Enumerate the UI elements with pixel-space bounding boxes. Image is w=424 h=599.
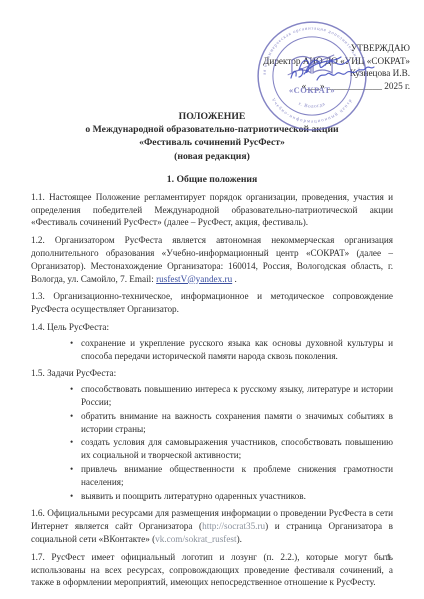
paragraph-1-4: 1.4. Цель РусФеста:	[31, 321, 393, 334]
paragraph-1-1: 1.1. Настоящее Положение регламентирует …	[31, 191, 393, 229]
stamp-inner-circle	[273, 37, 351, 115]
stamp-outer-circle	[258, 22, 366, 130]
tasks-list-item: привлечь внимание общественности к пробл…	[81, 463, 393, 489]
stamp-ring-text-bottom: Учебно-информационный центр	[271, 97, 353, 123]
email-link[interactable]: rusfestV@yandex.ru	[156, 274, 232, 284]
stamp-city-text: г. Вологда	[298, 101, 327, 110]
tasks-list-item: обратить внимание на важность сохранения…	[81, 410, 393, 436]
goal-list-item: сохранение и укрепление русского языка к…	[81, 337, 393, 363]
stamp-center-text: «СОКРАТ»	[289, 85, 335, 95]
page-number: 1	[387, 552, 392, 562]
paragraph-1-2-tail: .	[232, 274, 237, 284]
title-line-3: «Фестиваль сочинений РусФест»	[31, 136, 393, 149]
paragraph-1-5: 1.5. Задачи РусФеста:	[31, 367, 393, 380]
site-link[interactable]: http://socrat35.ru	[202, 521, 265, 531]
tasks-list-item: создать условия для самовыражения участн…	[81, 436, 393, 462]
paragraph-1-6-text-c: ).	[237, 534, 242, 544]
section-1-heading: 1. Общие положения	[31, 173, 393, 186]
paragraph-1-7: 1.7. РусФест имеет официальный логотип и…	[31, 551, 393, 589]
title-line-4: (новая редакция)	[31, 150, 393, 163]
paragraph-1-6: 1.6. Официальными ресурсами для размещен…	[31, 507, 393, 545]
paragraph-1-2: 1.2. Организатором РусФеста является авт…	[31, 234, 393, 285]
document-page: УТВЕРЖДАЮ Директор АНО ДО «УИЦ «СОКРАТ» …	[0, 0, 424, 599]
organization-stamp-icon: Автономная некоммерческая организация до…	[256, 20, 368, 132]
tasks-list-item: способствовать повышению интереса к русс…	[81, 383, 393, 409]
vk-link[interactable]: vk.com/sokrat_rusfest	[155, 534, 236, 544]
stamp-ring-text-top: Автономная некоммерческая организация до…	[256, 20, 363, 77]
paragraph-1-3: 1.3. Организационно-техническое, информа…	[31, 290, 393, 316]
tasks-list: способствовать повышению интереса к русс…	[31, 383, 393, 502]
document-body: ПОЛОЖЕНИЕ о Международной образовательно…	[0, 110, 424, 589]
tasks-list-item: выявить и поощрить литературно одаренных…	[81, 490, 393, 503]
goal-list: сохранение и укрепление русского языка к…	[31, 337, 393, 363]
open-book-icon	[288, 55, 334, 75]
